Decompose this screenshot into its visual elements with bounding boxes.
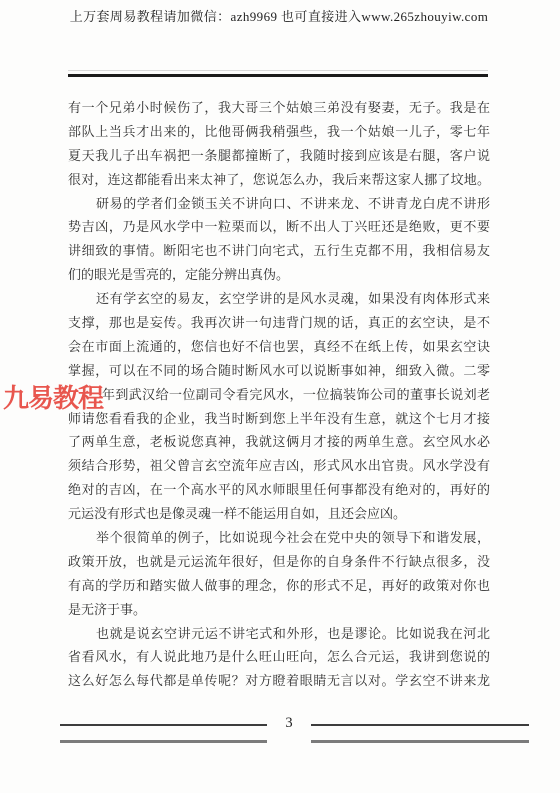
body-text-line: 年到武汉给一位副司令看完风水，一位搞装饰公司的董事长说刘老 <box>68 383 490 407</box>
body-text-line: 研易的学者们金锁玉关不讲向口、不讲来龙、不讲青龙白虎不讲形 <box>68 192 490 216</box>
body-text-line: 会在市面上流通的，您信也好不信也罢，真经不在纸上传，如果玄空诀 <box>68 335 490 359</box>
footer-rule-left-bottom <box>60 740 267 743</box>
body-text-line: 元运没有形式也是像灵魂一样不能运用自如，且还会应凶。 <box>68 502 490 526</box>
body-text-line: 是无济于事。 <box>68 598 490 622</box>
body-text-line: 省看风水，有人说此地乃是什么旺山旺向，怎么合元运，我讲到您说的 <box>68 645 490 669</box>
body-text-line: 讲细致的事情。断阳宅也不讲门向宅式，五行生克都不用，我相信易友 <box>68 239 490 263</box>
body-text-line: 还有学玄空的易友，玄空学讲的是风水灵魂，如果没有肉体形式来 <box>68 287 490 311</box>
body-text-line: 掌握，可以在不同的场合随时断风水可以说断事如神，细致入微。二零 <box>68 359 490 383</box>
body-text-line: 这么好怎么每代都是单传呢？对方瞪着眼睛无言以对。学玄空不讲来龙 <box>68 669 490 693</box>
body-text-line: 师请您看看我的企业，我当时断到您上半年没有生意，就这个七月才接 <box>68 407 490 431</box>
document-page: 上万套周易教程请加微信：azh9969 也可直接进入www.265zhouyiw… <box>0 0 560 793</box>
body-text-line: 政策开放，也就是元运流年很好，但是你的自身条件不行缺点很多，没 <box>68 550 490 574</box>
footer-rule-right-bottom <box>311 740 529 743</box>
body-text-line: 绝对的吉凶，在一个高水平的风水师眼里任何事都没有绝对的，再好的 <box>68 478 490 502</box>
body-text: 有一个兄弟小时候伤了，我大哥三个姑娘三弟没有娶妻，无子。我是在部队上当兵才出来的… <box>68 96 490 693</box>
body-text-line: 很对，连这都能看出来太神了，您说怎么办，我后来帮这家人挪了坟地。 <box>68 168 490 192</box>
header-promo-text: 上万套周易教程请加微信：azh9969 也可直接进入www.265zhouyiw… <box>66 6 492 25</box>
watermark-text: 九易教程 <box>3 384 103 412</box>
body-text-line: 支撑，那也是妄传。我再次讲一句违背门规的话，真正的玄空诀，是不 <box>68 311 490 335</box>
body-text-line: 了两单生意，老板说您真神，我就这俩月才接的两单生意。玄空风水必 <box>68 430 490 454</box>
body-text-line: 夏天我儿子出车祸把一条腿都撞断了，我随时接到应该是右腿，客户说 <box>68 144 490 168</box>
body-text-line: 们的眼光是雪亮的，定能分辨出真伪。 <box>68 263 490 287</box>
body-text-line: 举个很简单的例子，比如说现今社会在党中央的领导下和谐发展， <box>68 526 490 550</box>
body-text-line: 部队上当兵才出来的，比他哥俩我稍强些，我一个姑娘一儿子，零七年 <box>68 120 490 144</box>
footer-rule-right-top <box>311 724 529 726</box>
body-text-line: 也就是说玄空讲元运不讲宅式和外形，也是谬论。比如说我在河北 <box>68 622 490 646</box>
body-text-line: 须结合形势，祖父曾言玄空流年应吉凶，形式风水出官贵。风水学没有 <box>68 454 490 478</box>
header-rule <box>68 74 488 77</box>
footer-rule-left-top <box>60 724 267 726</box>
header-rule-shadow <box>68 70 488 71</box>
page-number: 3 <box>266 715 312 732</box>
body-text-line: 势吉凶，乃是风水学中一粒栗而以，断不出人丁兴旺还是绝败，更不要 <box>68 215 490 239</box>
body-text-line: 有高的学历和踏实做人做事的理念，你的形式不足，再好的政策对你也 <box>68 574 490 598</box>
body-text-line: 有一个兄弟小时候伤了，我大哥三个姑娘三弟没有娶妻，无子。我是在 <box>68 96 490 120</box>
